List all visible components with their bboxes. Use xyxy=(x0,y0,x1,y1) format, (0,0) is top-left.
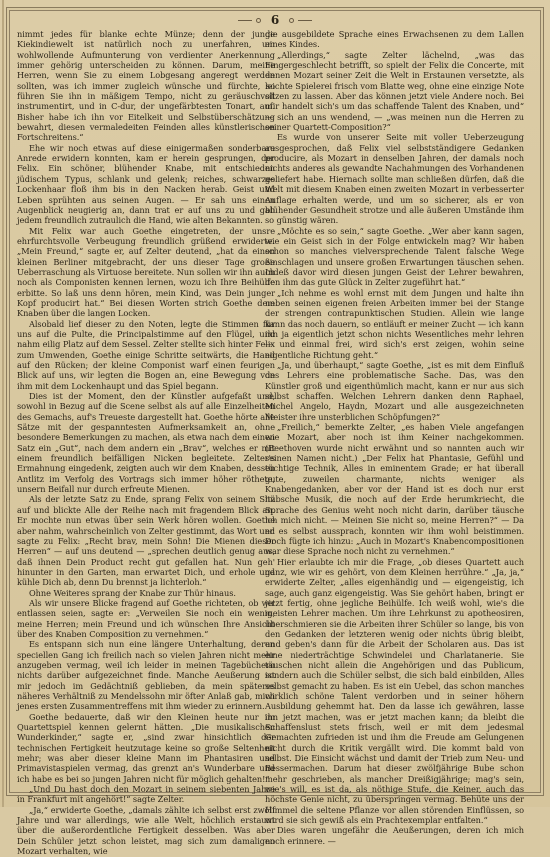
ornament-rule-left xyxy=(238,20,252,21)
paragraph: Es entspann sich nun eine längere Unterh… xyxy=(17,639,275,711)
paragraph: Als der letzte Satz zu Ende, sprang Feli… xyxy=(17,494,275,587)
page-number: 6 xyxy=(271,13,279,27)
ornament-dot-left xyxy=(256,18,261,23)
paragraph: „Allerdings,“ sagte Zelter lächelnd, „wa… xyxy=(265,50,524,133)
paragraph: Als wir unsere Blicke fragend auf Goethe… xyxy=(17,598,275,639)
paragraph: Hier erlaubte ich mir die Frage, „ob die… xyxy=(265,557,524,807)
paragraph: „Ja, und überhaupt,“ sagte Goethe, „ist … xyxy=(265,360,524,422)
left-text-column: nimmt jedes für blanke echte Münze; denn… xyxy=(17,29,275,807)
paragraph: „Freilich,“ bemerkte Zelter, „es haben V… xyxy=(265,422,524,556)
paragraph: Mit Felix war auch Goethe eingetreten, d… xyxy=(17,226,275,319)
paragraph: „Ich nehme es wohl ernst mit dem Jungen … xyxy=(265,288,524,360)
paragraph: Es wurde von unserer Seite mit voller Ue… xyxy=(265,132,524,225)
ornament-rule-right xyxy=(298,20,312,21)
paragraph: Dies ist der Moment, den der Künstler au… xyxy=(17,391,275,494)
paragraph: Ehe wir noch etwas auf diese einigermaße… xyxy=(17,143,275,226)
paragraph: „Möchte es so sein,“ sagte Goethe. „Wer … xyxy=(265,226,524,288)
page-header: 6 xyxy=(0,13,550,27)
right-text-column: die ausgebildete Sprache eines Erwachsen… xyxy=(265,29,524,807)
paragraph: Goethe bedauerte, daß wir den Kleinen he… xyxy=(17,712,275,784)
page-edge xyxy=(2,0,4,807)
ornament-dot-right xyxy=(289,18,294,23)
paragraph: Ohne Weiteres sprang der Knabe zur Thür … xyxy=(17,588,275,598)
paragraph: die ausgebildete Sprache eines Erwachsen… xyxy=(265,29,524,50)
scanned-page: 6 nimmt jedes für blanke echte Münze; de… xyxy=(0,0,550,807)
paragraph: „Und Du hast doch den Mozart in seinem s… xyxy=(17,784,275,805)
paragraph: nimmt jedes für blanke echte Münze; denn… xyxy=(17,29,275,143)
paragraph: Alsobald lief dieser zu den Noten, legte… xyxy=(17,319,275,391)
